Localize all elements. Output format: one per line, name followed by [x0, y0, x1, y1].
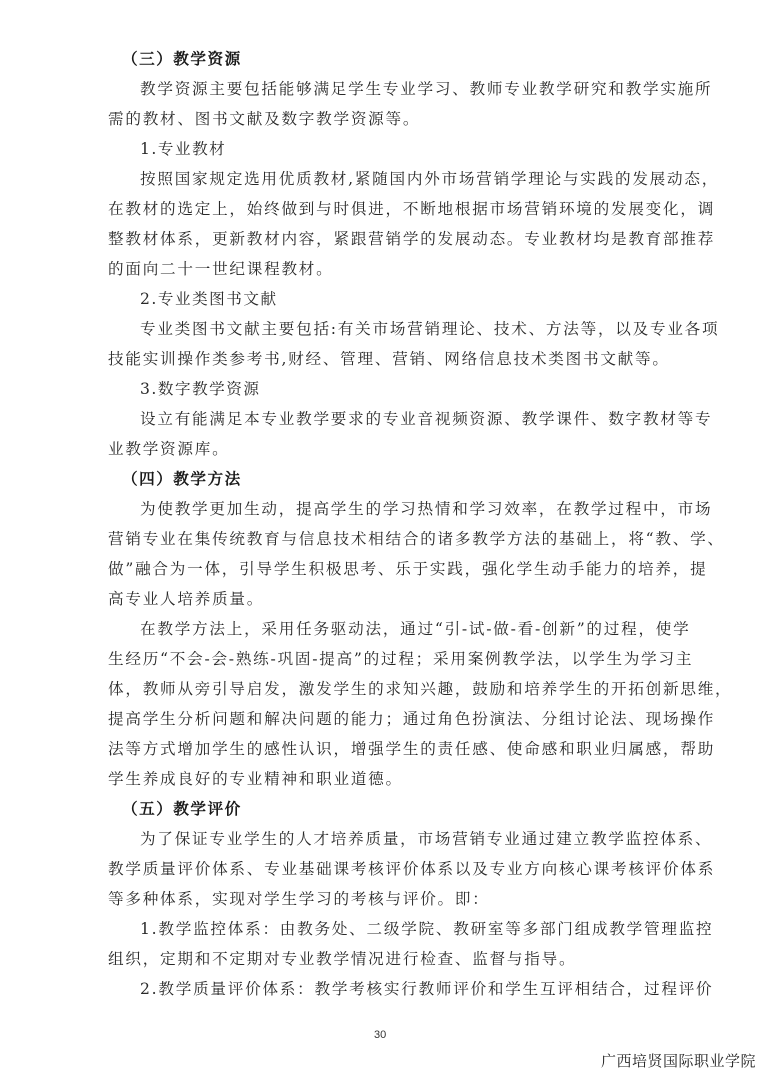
text-line: 高专业人培养质量。 [108, 584, 658, 614]
text-line: 在教材的选定上，始终做到与时俱进，不断地根据市场营销环境的发展变化，调 [108, 194, 658, 224]
text-line: 营销专业在集传统教育与信息技术相结合的诸多教学方法的基础上，将“教、学、 [108, 524, 658, 554]
text-line: 提高学生分析问题和解决问题的能力；通过角色扮演法、分组讨论法、现场操作 [108, 704, 658, 734]
text-line: 体，教师从旁引导启发，激发学生的求知兴趣，鼓励和培养学生的开拓创新思维， [108, 674, 658, 704]
paragraph: 1.教学监控体系：由教务处、二级学院、教研室等多部门组成教学管理监控 组织，定期… [108, 914, 658, 974]
text-line: 学生养成良好的专业精神和职业道德。 [108, 764, 658, 794]
subsection-title-library-literature: 2.专业类图书文献 [108, 284, 658, 314]
text-line: 需的教材、图书文献及数字教学资源等。 [108, 104, 658, 134]
text-line: 生经历“不会-会-熟练-巩固-提高”的过程；采用案例教学法，以学生为学习主 [108, 644, 658, 674]
text-line: 等多种体系，实现对学生学习的考核与评价。即： [108, 884, 658, 914]
paragraph: 2.教学质量评价体系：教学考核实行教师评价和学生互评相结合，过程评价 [108, 974, 658, 1004]
paragraph: 教学资源主要包括能够满足学生专业学习、教师专业教学研究和教学实施所 需的教材、图… [108, 74, 658, 134]
text-line: 业教学资源库。 [108, 434, 658, 464]
text-line: 专业类图书文献主要包括:有关市场营销理论、技术、方法等，以及专业各项 [108, 314, 658, 344]
text-line: 整教材体系，更新教材内容，紧跟营销学的发展动态。专业教材均是教育部推荐 [108, 224, 658, 254]
section-heading-teaching-evaluation: （五）教学评价 [108, 794, 658, 824]
text-line: 的面向二十一世纪课程教材。 [108, 254, 658, 284]
text-line: 为了保证专业学生的人才培养质量，市场营销专业通过建立教学监控体系、 [108, 824, 658, 854]
document-page: （三）教学资源 教学资源主要包括能够满足学生专业学习、教师专业教学研究和教学实施… [108, 44, 658, 1004]
text-line: 技能实训操作类参考书,财经、管理、营销、网络信息技术类图书文献等。 [108, 344, 658, 374]
text-line: 1.教学监控体系：由教务处、二级学院、教研室等多部门组成教学管理监控 [108, 914, 658, 944]
paragraph: 设立有能满足本专业教学要求的专业音视频资源、教学课件、数字教材等专 业教学资源库… [108, 404, 658, 464]
subsection-title-digital-resources: 3.数字教学资源 [108, 374, 658, 404]
paragraph: 为了保证专业学生的人才培养质量，市场营销专业通过建立教学监控体系、 教学质量评价… [108, 824, 658, 914]
section-heading-teaching-resources: （三）教学资源 [108, 44, 658, 74]
text-line: 做”融合为一体，引导学生积极思考、乐于实践，强化学生动手能力的培养，提 [108, 554, 658, 584]
paragraph: 专业类图书文献主要包括:有关市场营销理论、技术、方法等，以及专业各项 技能实训操… [108, 314, 658, 374]
paragraph: 按照国家规定选用优质教材,紧随国内外市场营销学理论与实践的发展动态， 在教材的选… [108, 164, 658, 284]
text-line: 设立有能满足本专业教学要求的专业音视频资源、教学课件、数字教材等专 [108, 404, 658, 434]
text-line: 法等方式增加学生的感性认识，增强学生的责任感、使命感和职业归属感，帮助 [108, 734, 658, 764]
paragraph: 在教学方法上，采用任务驱动法，通过“引-试-做-看-创新”的过程，使学 生经历“… [108, 614, 658, 794]
text-line: 教学资源主要包括能够满足学生专业学习、教师专业教学研究和教学实施所 [108, 74, 658, 104]
footer-organization-name: 广西培贤国际职业学院 [601, 1050, 756, 1071]
text-line: 2.教学质量评价体系：教学考核实行教师评价和学生互评相结合，过程评价 [108, 974, 658, 1004]
text-line: 为使教学更加生动，提高学生的学习热情和学习效率，在教学过程中，市场 [108, 494, 658, 524]
text-line: 组织，定期和不定期对专业教学情况进行检查、监督与指导。 [108, 944, 658, 974]
subsection-title-textbooks: 1.专业教材 [108, 134, 658, 164]
text-line: 在教学方法上，采用任务驱动法，通过“引-试-做-看-创新”的过程，使学 [108, 614, 658, 644]
text-line: 教学质量评价体系、专业基础课考核评价体系以及专业方向核心课考核评价体系 [108, 854, 658, 884]
section-heading-teaching-methods: （四）教学方法 [108, 464, 658, 494]
paragraph: 为使教学更加生动，提高学生的学习热情和学习效率，在教学过程中，市场 营销专业在集… [108, 494, 658, 614]
text-line: 按照国家规定选用优质教材,紧随国内外市场营销学理论与实践的发展动态， [108, 164, 658, 194]
page-number: 30 [374, 1029, 386, 1041]
